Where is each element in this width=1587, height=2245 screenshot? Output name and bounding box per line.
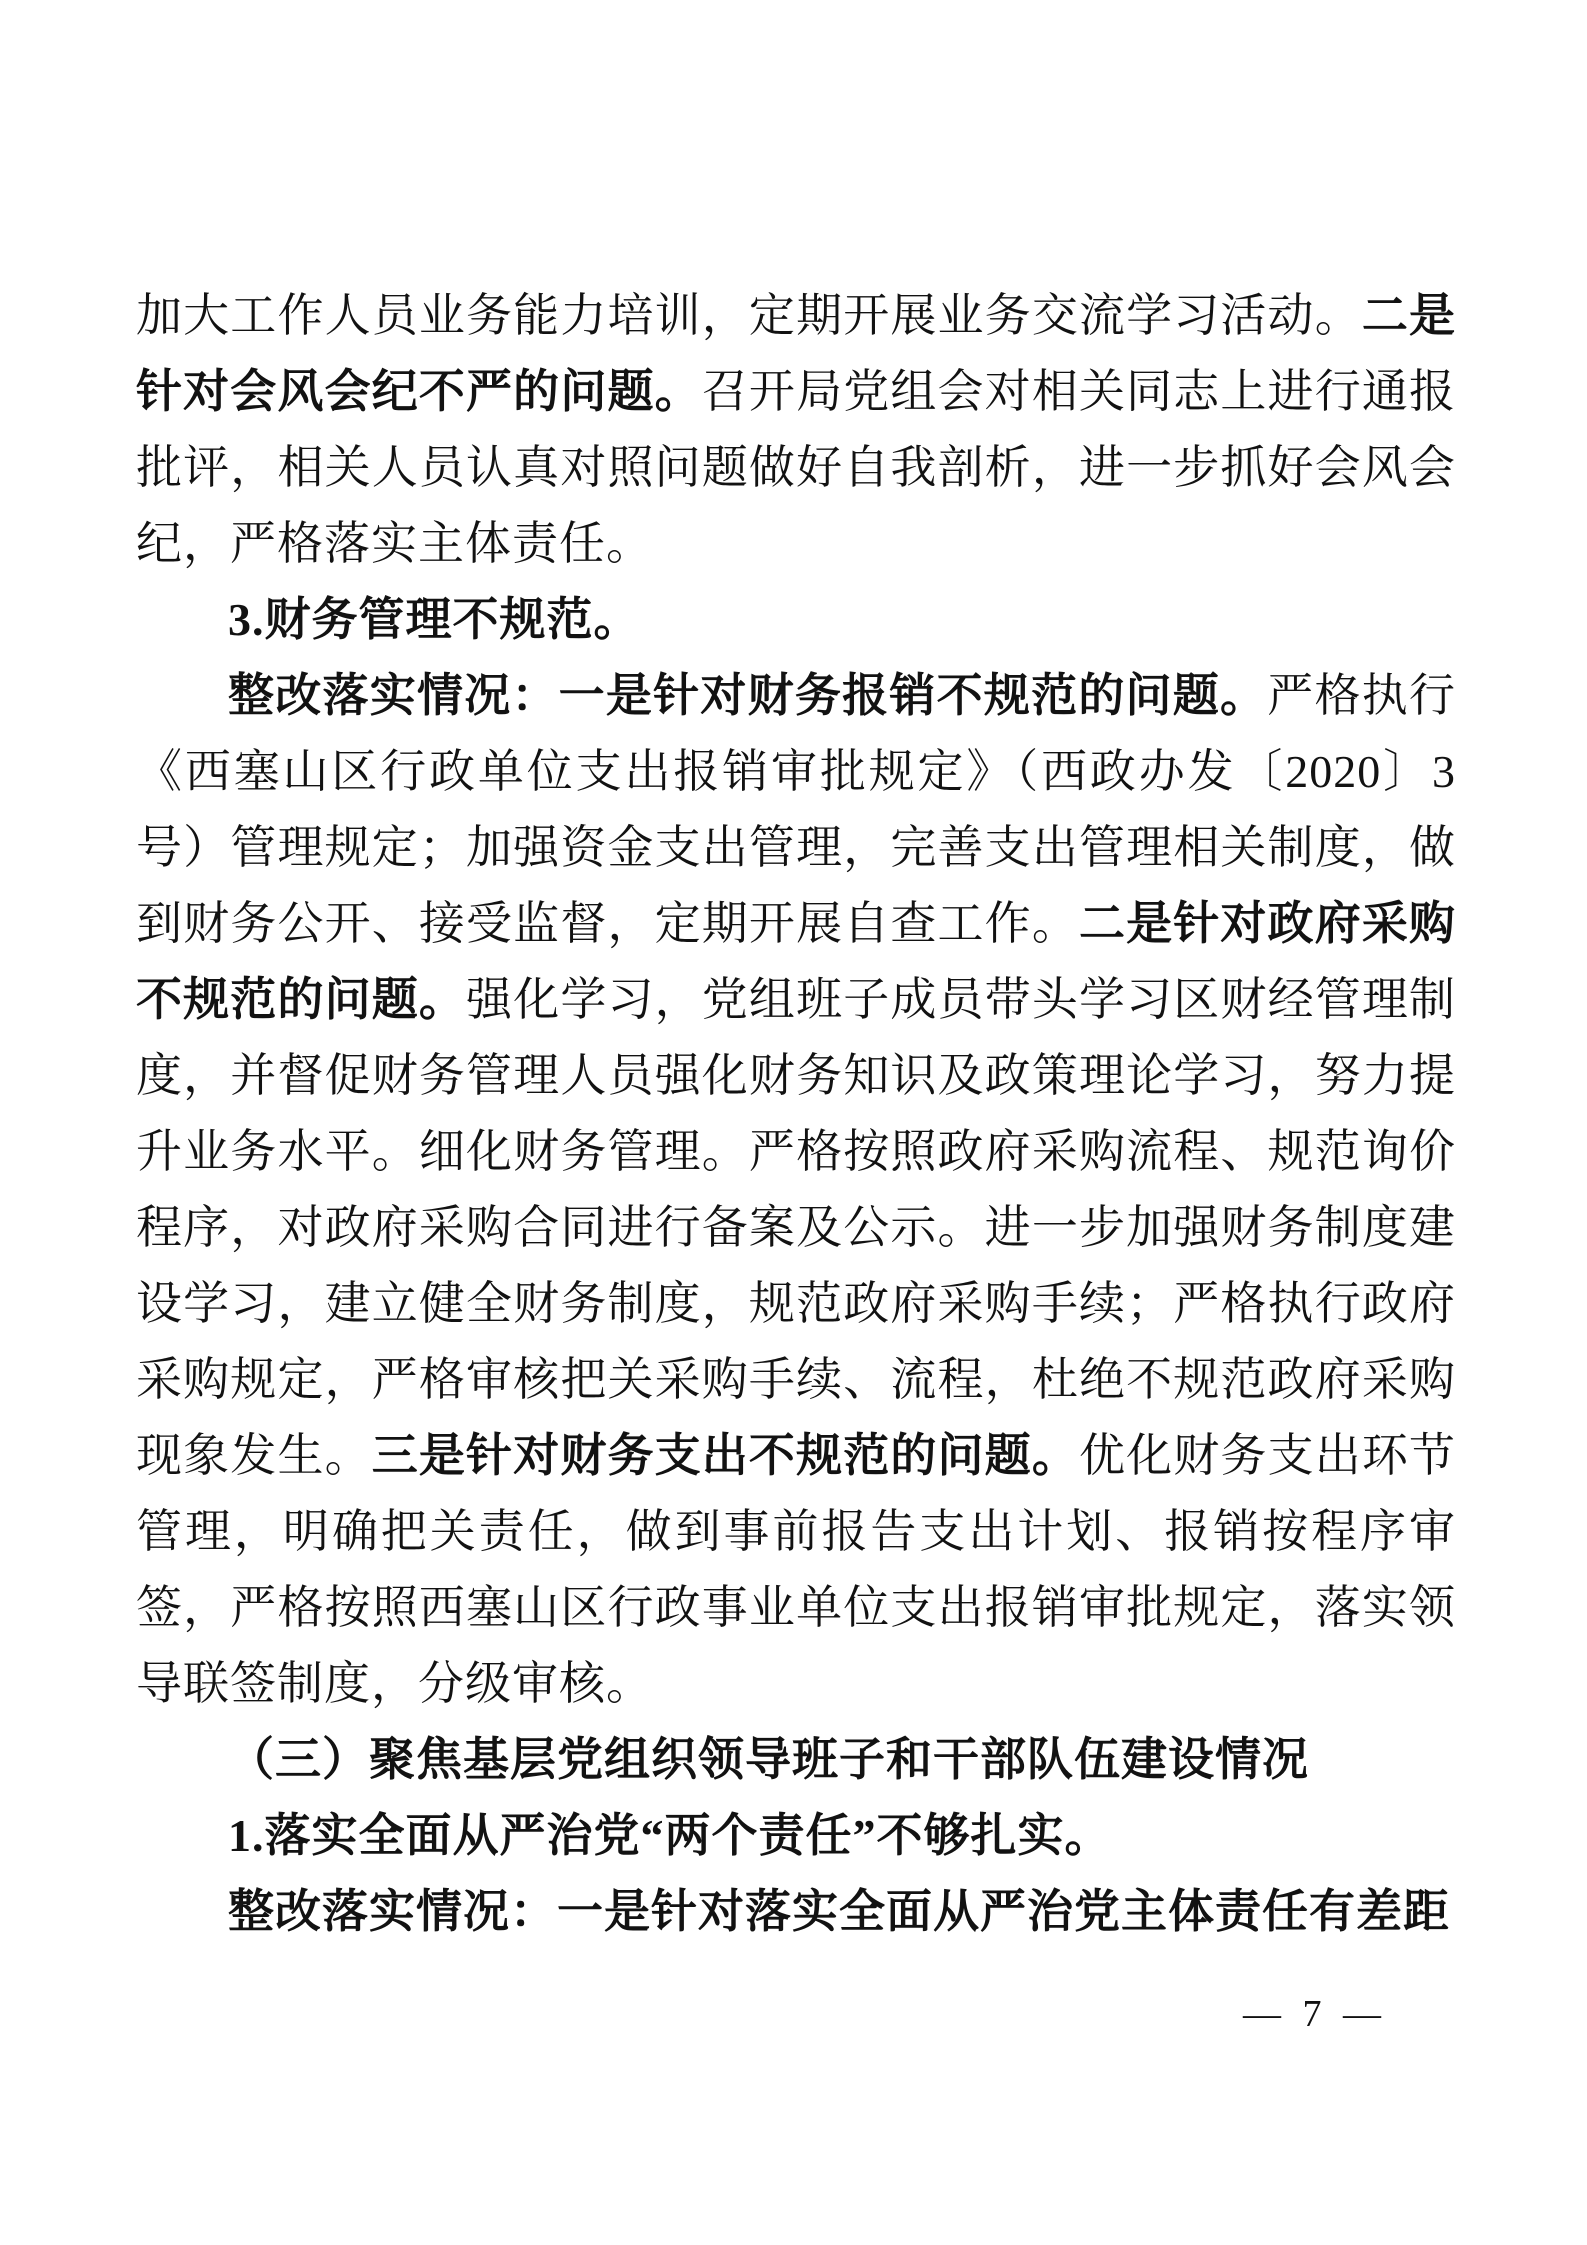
text-run: 1.落实全面从严治党“两个责任”不够扎实。: [228, 1810, 1112, 1861]
document-page: 加大工作人员业务能力培训，定期开展业务交流学习活动。二是针对会风会纪不严的问题。…: [0, 0, 1587, 2245]
text-run: （三）聚焦基层党组织领导班子和干部队伍建设情况: [228, 1734, 1309, 1785]
text-run: 加大工作人员业务能力培训，定期开展业务交流学习活动。: [136, 290, 1362, 341]
page-number: — 7 —: [1243, 1992, 1387, 2036]
paragraph: 加大工作人员业务能力培训，定期开展业务交流学习活动。二是针对会风会纪不严的问题。…: [136, 278, 1456, 582]
paragraph: （三）聚焦基层党组织领导班子和干部队伍建设情况: [136, 1722, 1456, 1798]
paragraph: 整改落实情况：一是针对财务报销不规范的问题。严格执行《西塞山区行政单位支出报销审…: [136, 658, 1456, 1722]
text-run: 整改落实情况：一是针对落实全面从严治党主体责任有差距: [228, 1886, 1450, 1937]
paragraph: 3.财务管理不规范。: [136, 582, 1456, 658]
text-run: 三是针对财务支出不规范的问题。: [372, 1430, 1079, 1481]
text-run: 整改落实情况：一是针对财务报销不规范的问题。: [228, 670, 1267, 721]
text-run: 强化学习，党组班子成员带头学习区财经管理制度，并督促财务管理人员强化财务知识及政…: [136, 974, 1456, 1481]
document-body: 加大工作人员业务能力培训，定期开展业务交流学习活动。二是针对会风会纪不严的问题。…: [136, 278, 1456, 1950]
text-run: 3.财务管理不规范。: [228, 594, 641, 645]
paragraph: 整改落实情况：一是针对落实全面从严治党主体责任有差距: [136, 1874, 1456, 1950]
paragraph: 1.落实全面从严治党“两个责任”不够扎实。: [136, 1798, 1456, 1874]
